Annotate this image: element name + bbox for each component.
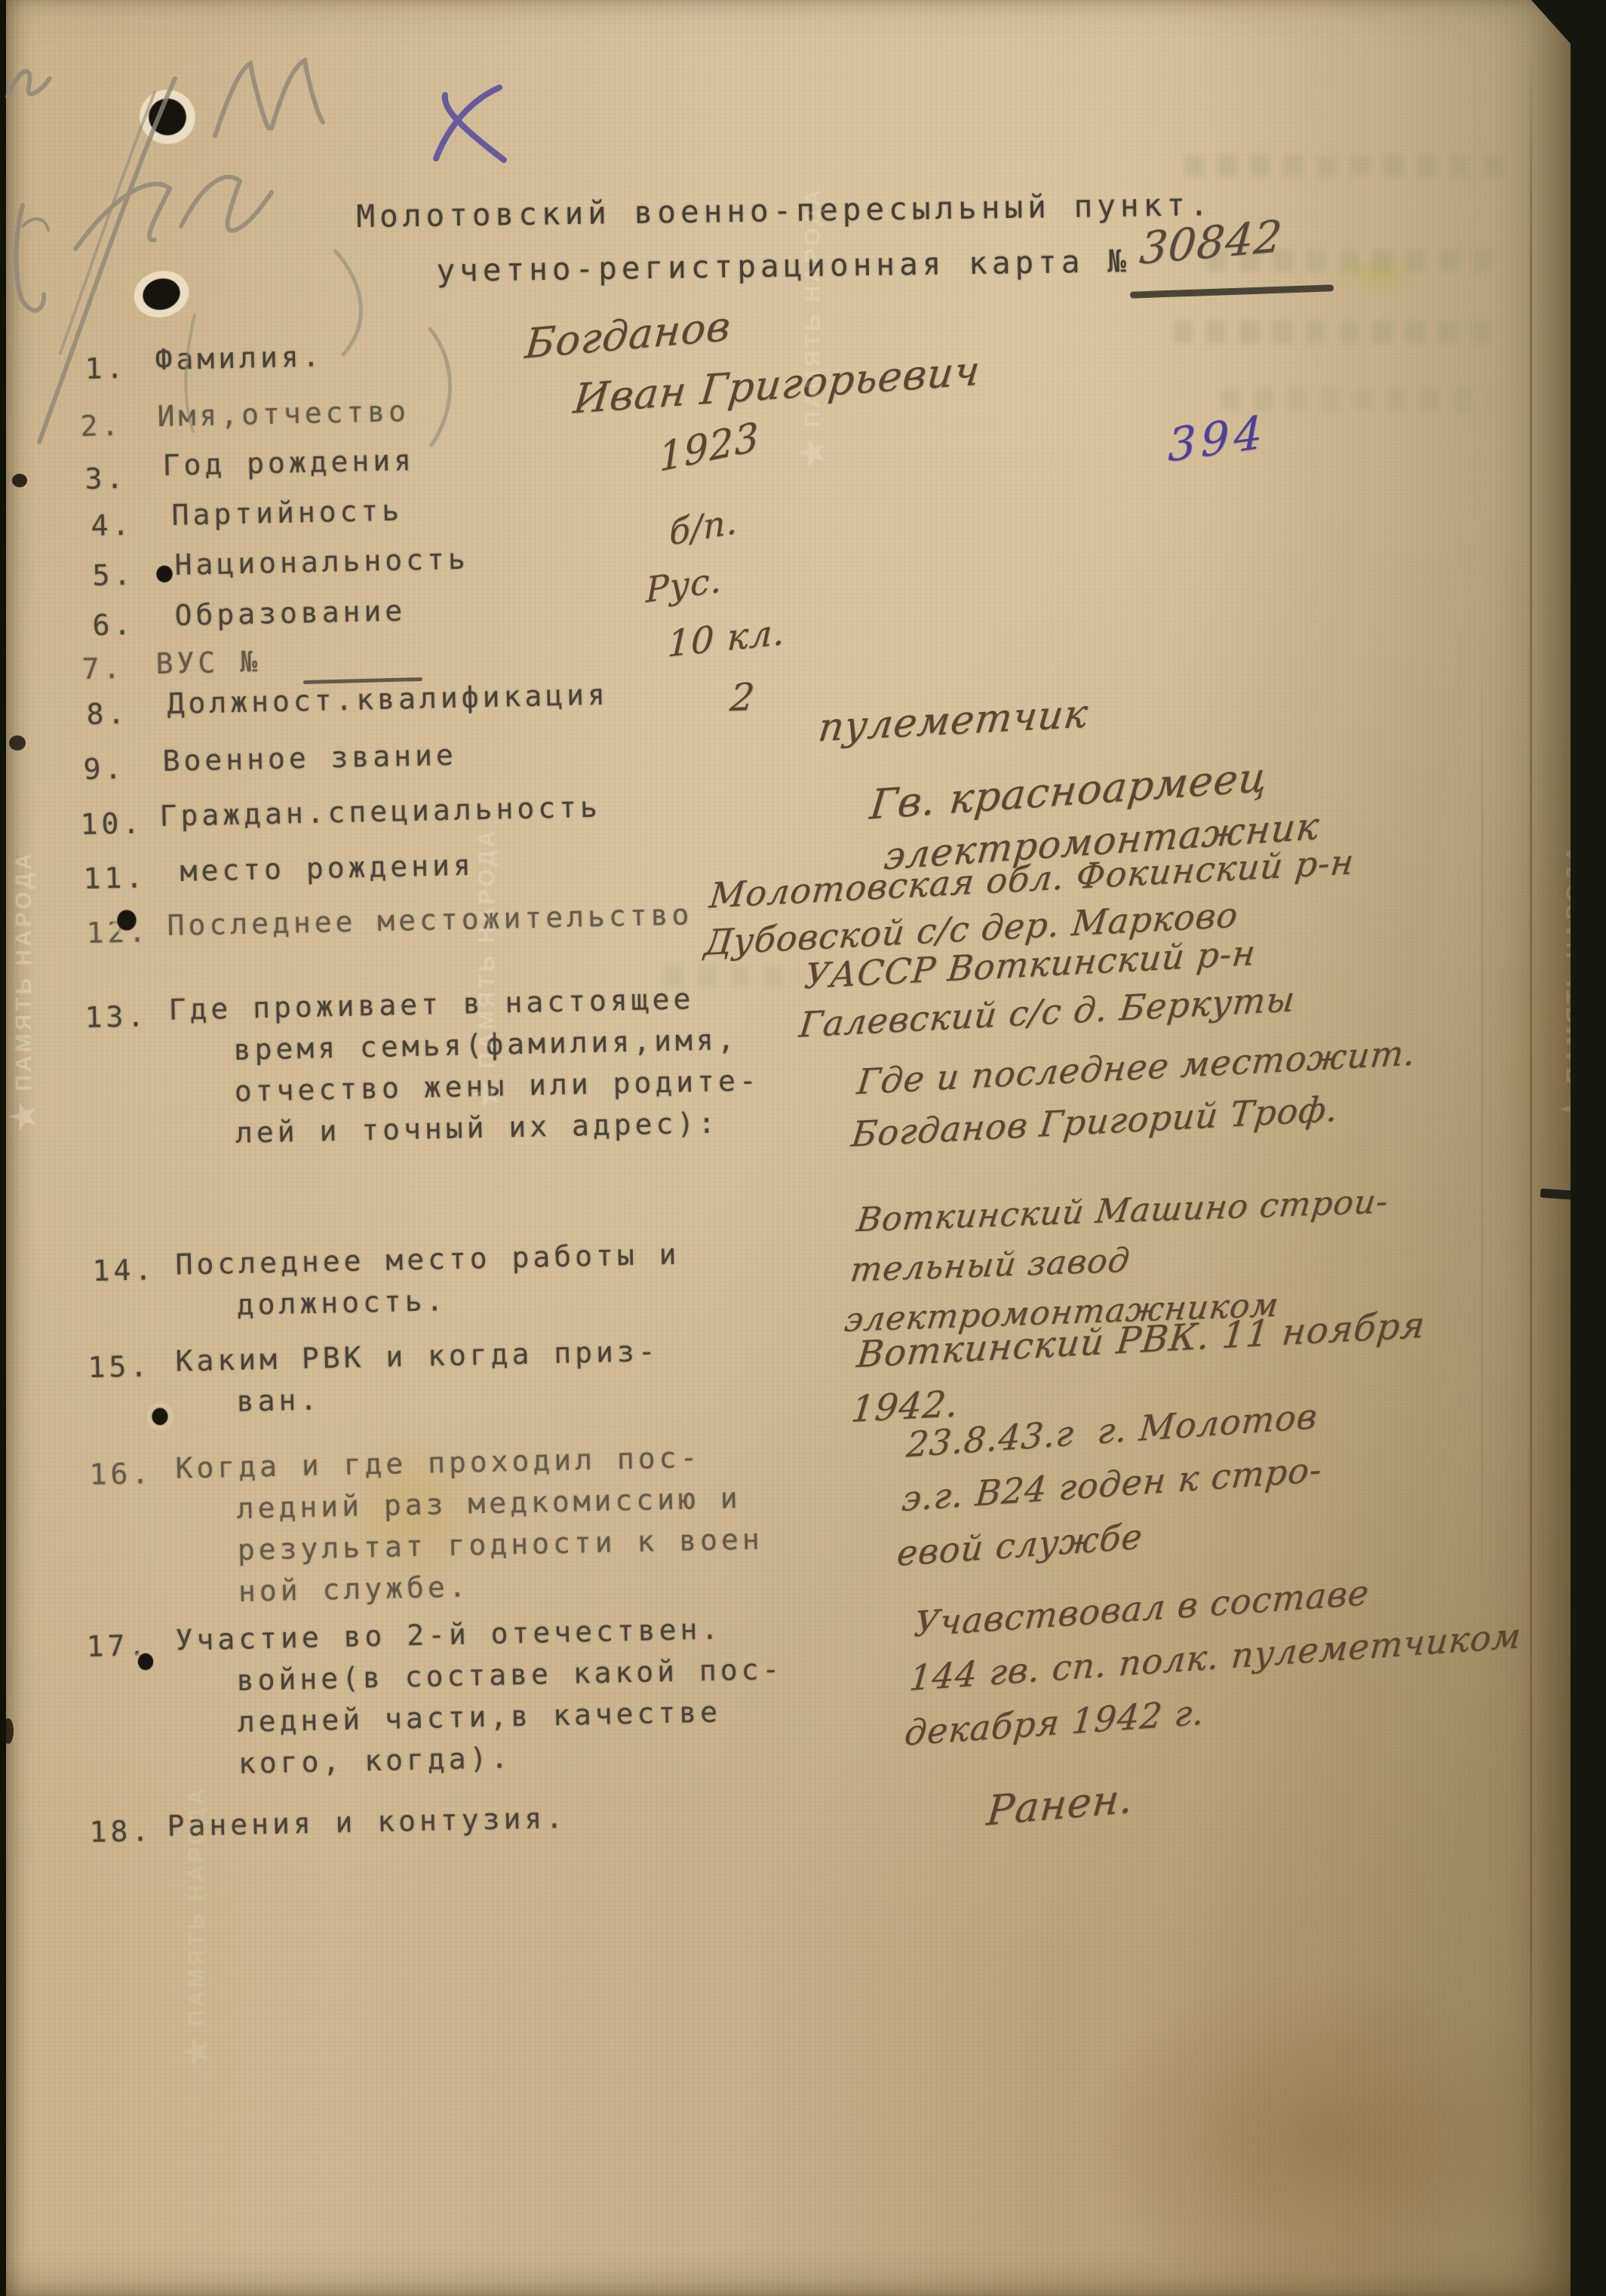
field-18-number: 18. <box>89 1810 153 1853</box>
field-7-number: 7. <box>81 648 124 690</box>
field-2-label: Имя,отчество <box>157 391 410 437</box>
field-16-number: 16. <box>89 1453 153 1496</box>
field-5-number: 5. <box>92 554 135 597</box>
field-15-number: 15. <box>88 1346 152 1389</box>
field-16-label: Когда и где проходил пос- ледний раз мед… <box>235 1435 764 1613</box>
field-1-number: 1. <box>84 348 127 390</box>
field-12-number: 12. <box>86 911 150 954</box>
field-3-label: Год рождения <box>162 440 416 487</box>
field-8-number: 8. <box>86 693 129 735</box>
field-4-number: 4. <box>91 505 134 547</box>
field-4-label: Партийность <box>171 490 404 537</box>
field-16-value: 23.8.43.г г. Молотов э.г. В24 годен к ст… <box>895 1389 1329 1581</box>
ink-ghost <box>1184 155 1509 177</box>
field-3-number: 3. <box>84 458 127 500</box>
field-11-number: 11. <box>83 857 147 900</box>
field-9-number: 9. <box>83 748 126 790</box>
field-5-value: Рус. <box>646 554 722 617</box>
field-15-label: Каким РВК и когда приз- ван. <box>235 1331 660 1423</box>
field-5-label: Национальность <box>174 539 469 586</box>
card-number-value: 30842 <box>1137 203 1285 282</box>
field-13-label: Где проживает в настоящее время семья(фа… <box>232 977 761 1154</box>
scanned-document-page: Молотовский военно-пересыльный пункт. уч… <box>0 0 1606 2296</box>
field-17-number: 17. <box>86 1625 150 1668</box>
field-6-label: Образование <box>174 591 407 637</box>
field-14-number: 14. <box>92 1249 156 1292</box>
scan-dark-edge <box>1571 0 1606 2296</box>
field-1-label: Фамилия. <box>155 336 324 381</box>
field-2-number: 2. <box>80 405 123 447</box>
field-6-number: 6. <box>92 604 135 646</box>
field-10-number: 10. <box>80 803 144 846</box>
field-14-label: Последнее место работы и должность. <box>235 1234 681 1327</box>
field-18-label: Ранения и контузия. <box>167 1797 567 1847</box>
ink-ghost <box>1173 321 1505 343</box>
registry-number-value: 394 <box>1168 398 1267 480</box>
field-17-label: Участие во 2-й отечествен. войне(в соста… <box>235 1607 785 1785</box>
field-7-label: ВУС № <box>155 641 262 685</box>
field-11-label: место рождения <box>180 845 474 892</box>
field-13-number: 13. <box>84 996 149 1039</box>
field-9-label: Военное звание <box>162 735 457 782</box>
